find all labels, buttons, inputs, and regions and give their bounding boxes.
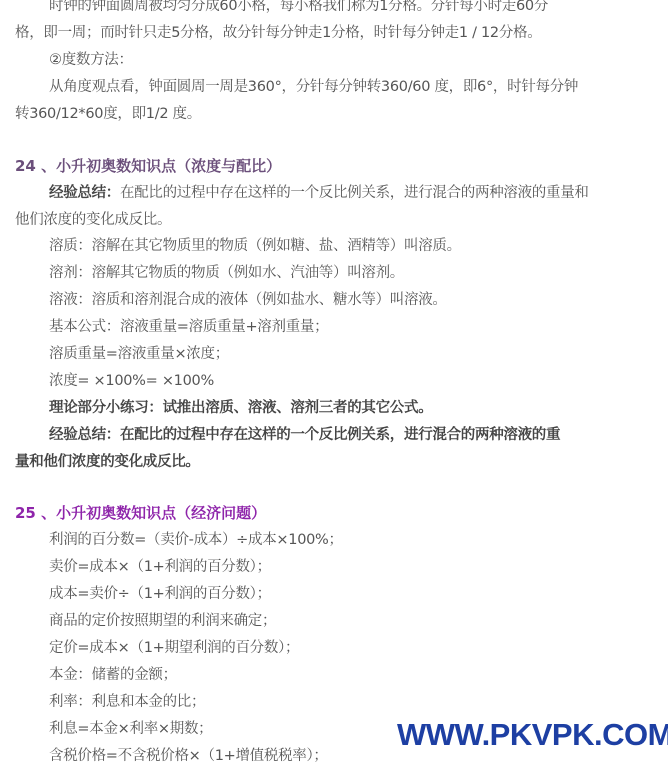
list-item: 溶液：溶质和溶剂混合成的液体（例如盐水、糖水等）叫溶液。 [49,290,447,310]
summary2-line: 经验总结：在配比的过程中存在这样的一个反比例关系，进行混合的两种溶液的重 [49,425,560,445]
summary-text-cont: 他们浓度的变化成反比。 [15,210,171,230]
practice-text: 理论部分小练习：试推出溶质、溶液、溶剂三者的其它公式。 [49,398,432,418]
list-item: 卖价=成本×（1+利润的百分数）； [49,557,271,577]
list-item: 本金：储蓄的金额； [49,665,177,685]
summary-paragraph: 经验总结：在配比的过程中存在这样的一个反比例关系，进行混合的两种溶液的重量和 [49,183,589,203]
summary-label: 经验总结： [49,185,120,201]
list-item: 溶质重量=溶液重量×浓度； [49,344,229,364]
paragraph-line: ②度数方法： [49,50,133,70]
list-item: 溶剂：溶解其它物质的物质（例如水、汽油等）叫溶剂。 [49,263,404,283]
paragraph-line: 转360/12*60度，即1/2 度。 [15,104,201,124]
list-item: 成本=卖价÷（1+利润的百分数）； [49,584,271,604]
section-24-heading: 24 、小升初奥数知识点（浓度与配比） [15,156,281,176]
list-item: 含税价格=不含税价格×（1+增值税税率）； [49,746,328,766]
summary-text: 在配比的过程中存在这样的一个反比例关系，进行混合的两种溶液的重量和 [120,185,589,201]
list-item: 商品的定价按照期望的利润来确定； [49,611,276,631]
list-item: 利润的百分数=（卖价-成本）÷成本×100%； [49,530,343,550]
list-item: 利率：利息和本金的比； [49,692,205,712]
section-25-heading: 25 、小升初奥数知识点（经济问题） [15,503,266,523]
list-item: 利息=本金×利率×期数； [49,719,212,739]
paragraph-line: 从角度观点看，钟面圆周一周是360°，分针每分钟转360/60 度，即6°，时针… [49,77,578,97]
list-item: 定价=成本×（1+期望利润的百分数）； [49,638,299,658]
list-item: 浓度= ×100%= ×100% [49,371,214,391]
paragraph-line: 格，即一周；而时针只走5分格，故分针每分钟走1分格，时针每分钟走1 / 12分格… [15,23,541,43]
watermark-logo: WWW.PKVPK.COM [397,718,668,752]
list-item: 基本公式：溶液重量=溶质重量+溶剂重量； [49,317,328,337]
summary2-line: 量和他们浓度的变化成反比。 [15,452,200,472]
paragraph-line: 时钟的钟面圆周被均匀分成60小格，每小格我们称为1分格。分针每小时走60分 [49,0,548,16]
list-item: 溶质：溶解在其它物质里的物质（例如糖、盐、酒精等）叫溶质。 [49,236,461,256]
